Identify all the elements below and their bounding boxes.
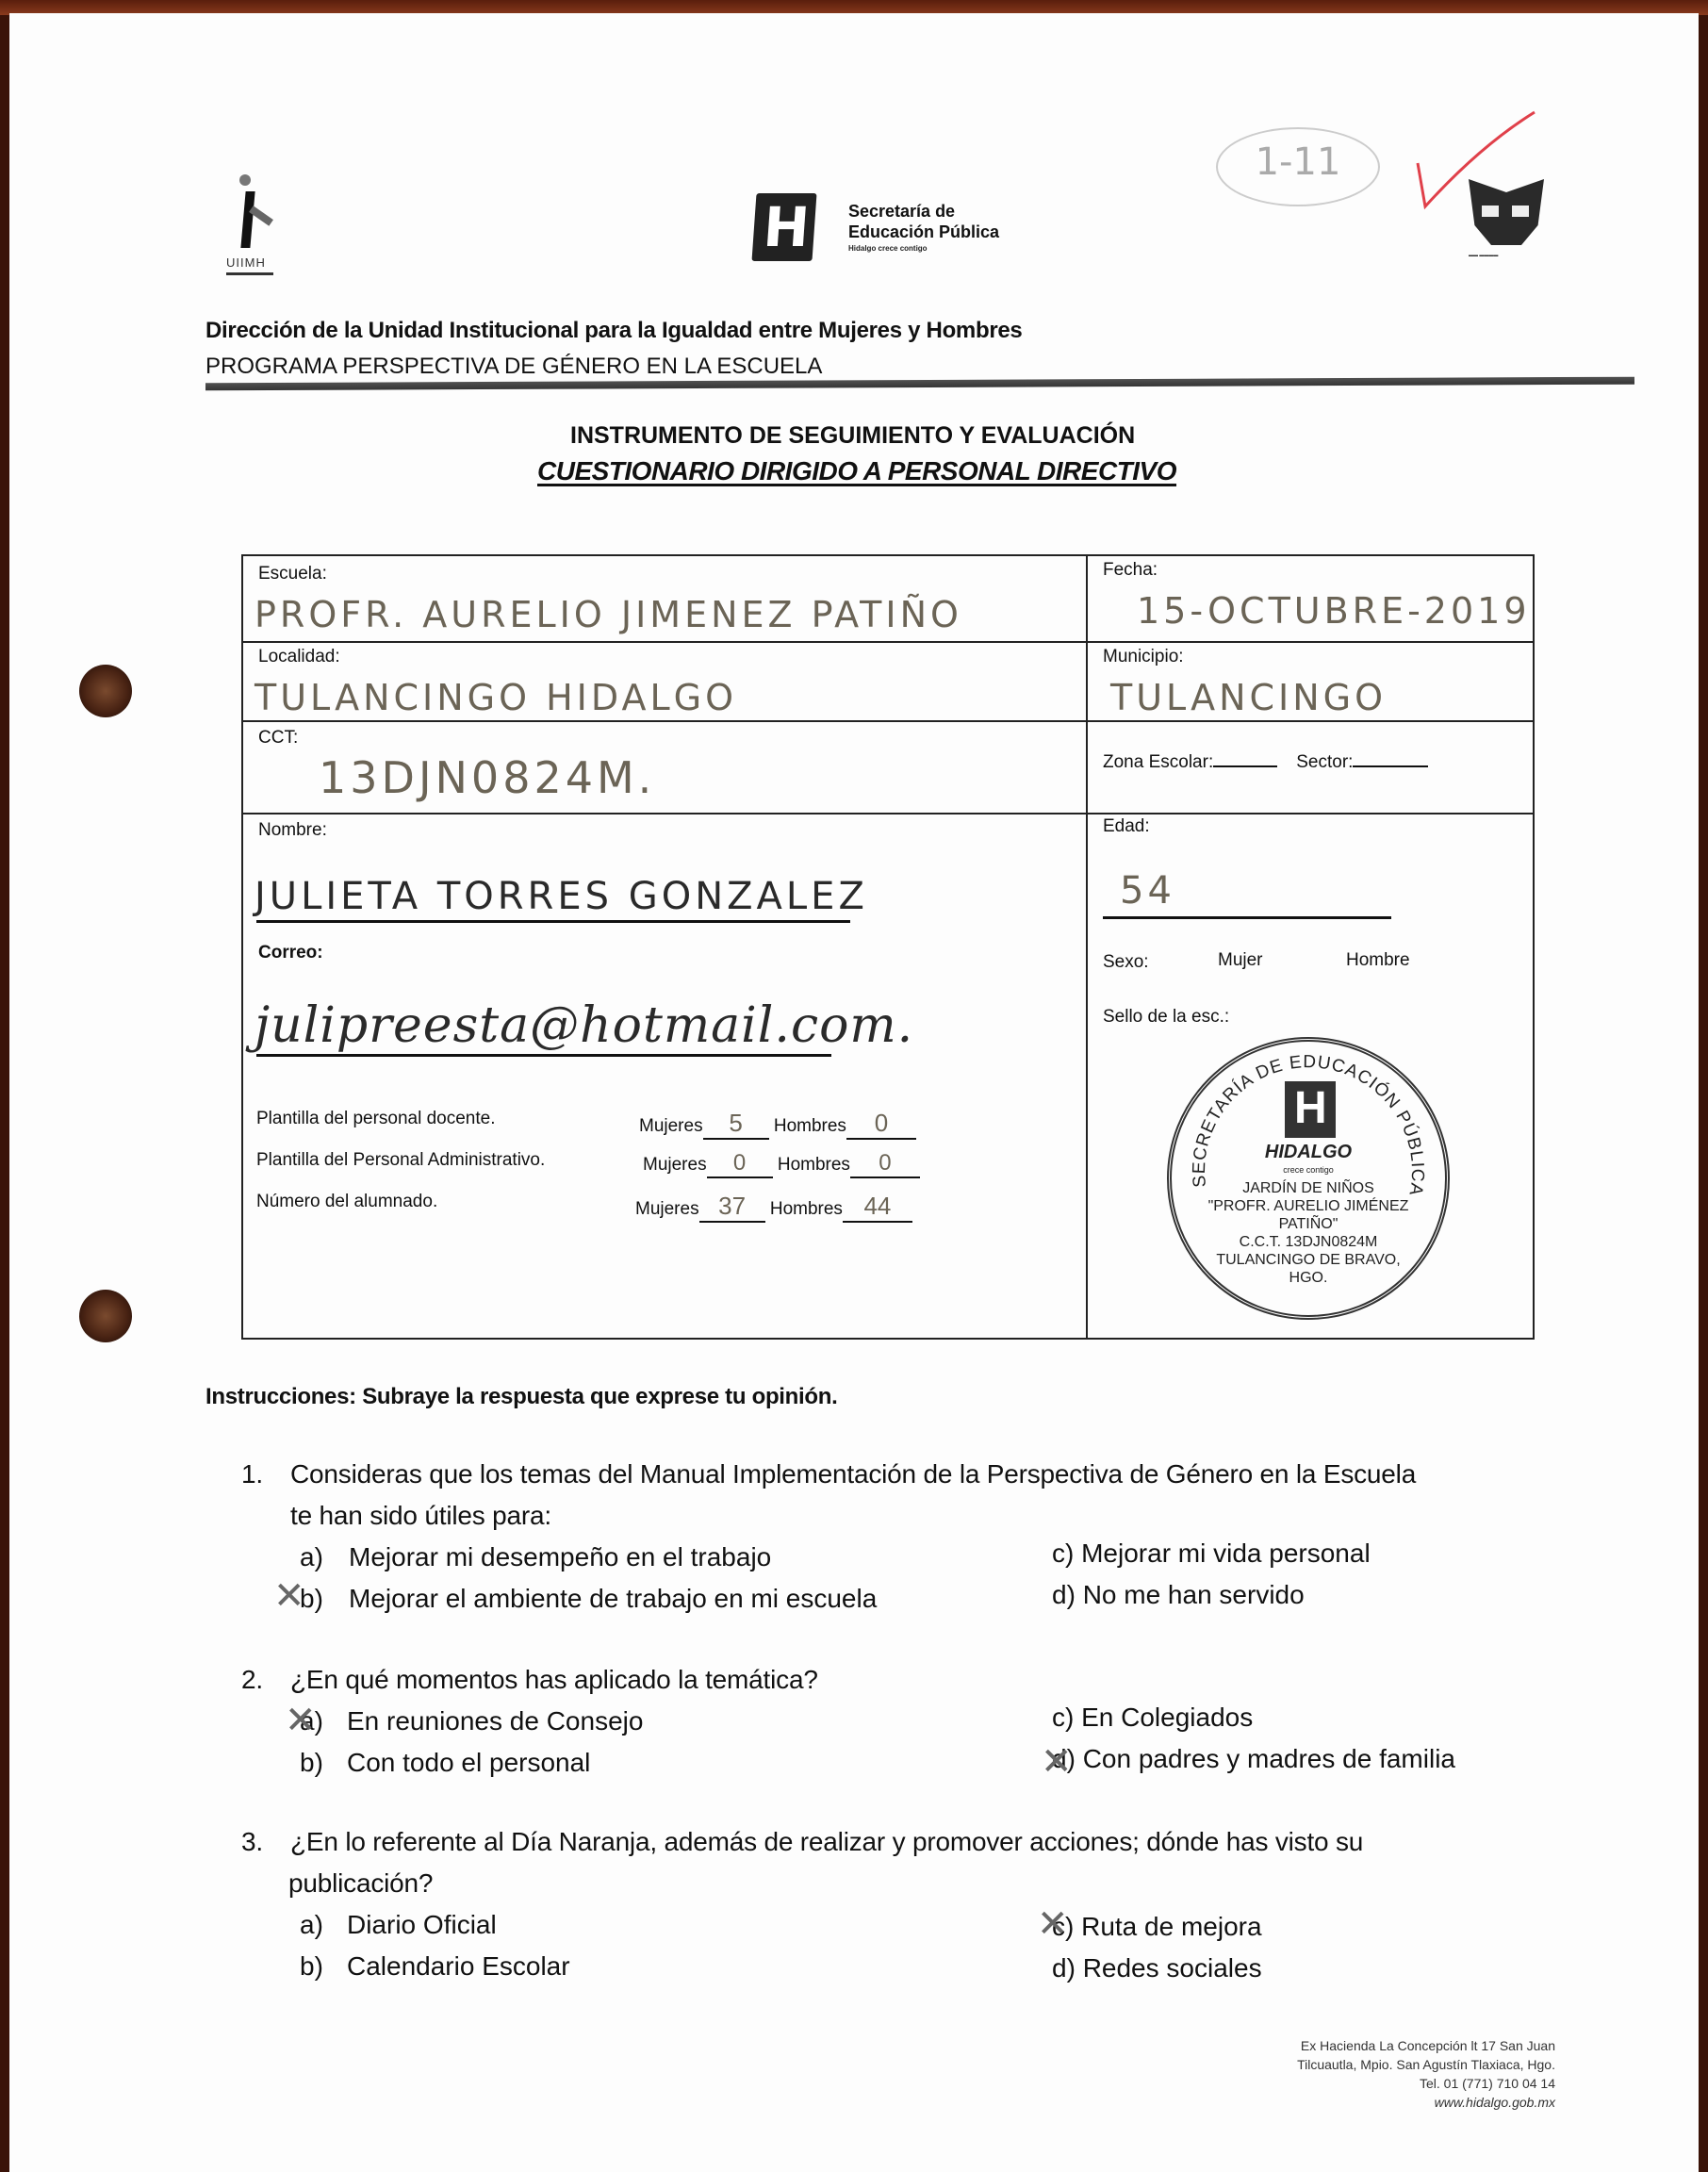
punch-hole [79, 665, 132, 717]
questionnaire-title: CUESTIONARIO DIRIGIDO A PERSONAL DIRECTI… [537, 456, 1176, 486]
q1-option-b[interactable]: b)Mejorar el ambiente de trabajo en mi e… [300, 1584, 877, 1614]
sep-tagline: Hidalgo crece contigo [848, 244, 928, 253]
instrument-title: INSTRUMENTO DE SEGUIMIENTO Y EVALUACIÓN [570, 422, 1135, 450]
sexo-label: Sexo: [1103, 952, 1149, 973]
stamp-tagline: crece contigo [1172, 1161, 1445, 1179]
question-2: 2.¿En qué momentos has aplicado la temát… [241, 1665, 818, 1695]
cross-mark-icon: ✕ [1041, 1740, 1073, 1784]
stamp-line3: PATIÑO" [1172, 1215, 1445, 1233]
alumnado-hombres-field[interactable]: 44 [843, 1192, 912, 1223]
question-3: 3.¿En lo referente al Día Naranja, ademá… [241, 1827, 1363, 1857]
q1-option-d[interactable]: d) No me han servido [1052, 1580, 1305, 1610]
uimh-ribbon-icon [239, 174, 251, 186]
hidalgo-h-icon: H [751, 193, 816, 261]
cross-mark-icon: ✕ [273, 1574, 305, 1618]
staff-docente-counts: Mujeres5 Hombres0 [639, 1109, 916, 1140]
escuela-field[interactable]: PROFR. AURELIO JIMENEZ PATIÑO [255, 594, 962, 635]
sep-line2: Educación Pública [848, 222, 999, 242]
staff-admin-label: Plantilla del Personal Administrativo. [256, 1150, 545, 1171]
question-1: 1.Consideras que los temas del Manual Im… [241, 1459, 1416, 1489]
nombre-label: Nombre: [258, 820, 327, 841]
stamp-hidalgo-icon: H [1285, 1081, 1336, 1138]
municipio-label: Municipio: [1103, 647, 1184, 667]
crest-logo: ▬▬ ▬▬▬▬ [1469, 179, 1546, 264]
stamp-line4: C.C.T. 13DJN0824M [1172, 1233, 1445, 1251]
q1-option-a[interactable]: a)Mejorar mi desempeño en el trabajo [300, 1542, 771, 1572]
edad-label: Edad: [1103, 816, 1150, 837]
correo-field[interactable]: julipreesta@hotmail.com. [255, 997, 913, 1054]
stamp-state: HIDALGO [1172, 1144, 1445, 1161]
alumnado-label: Número del alumnado. [256, 1192, 437, 1212]
question-3-line2: publicación? [288, 1868, 433, 1899]
q1-option-c[interactable]: c) Mejorar mi vida personal [1052, 1538, 1371, 1569]
localidad-label: Localidad: [258, 647, 340, 667]
footer-phone: Tel. 01 (771) 710 04 14 [1131, 2074, 1555, 2093]
pencil-page-annotation: 1-11 [1216, 127, 1380, 206]
escuela-label: Escuela: [258, 564, 327, 584]
uimh-label: UIIMH [226, 255, 266, 270]
q3-option-d[interactable]: d) Redes sociales [1052, 1953, 1262, 1983]
sello-label: Sello de la esc.: [1103, 1007, 1229, 1028]
stamp-line1: JARDÍN DE NIÑOS [1172, 1179, 1445, 1197]
cct-label: CCT: [258, 728, 298, 749]
zona-escolar-field[interactable] [1213, 765, 1277, 767]
admin-mujeres-field[interactable]: 0 [707, 1150, 773, 1178]
uimh-logo: UIIMH [226, 174, 283, 278]
alumnado-counts: Mujeres37 Hombres44 [635, 1192, 912, 1223]
correo-label: Correo: [258, 943, 323, 963]
q2-option-b[interactable]: b)Con todo el personal [300, 1748, 590, 1778]
docente-mujeres-field[interactable]: 5 [703, 1109, 769, 1140]
q2-option-c[interactable]: c) En Colegiados [1052, 1703, 1253, 1733]
sep-logo: H Secretaría de Educación Pública Hidalg… [754, 193, 1018, 269]
stamp-line5: TULANCINGO DE BRAVO, [1172, 1251, 1445, 1269]
instructions: Instrucciones: Subraye la respuesta que … [205, 1384, 838, 1410]
question-1-line2: te han sido útiles para: [290, 1501, 551, 1531]
program-title: PROGRAMA PERSPECTIVA DE GÉNERO EN LA ESC… [205, 354, 822, 380]
cct-field[interactable]: 13DJN0824M. [319, 752, 655, 803]
q3-option-a[interactable]: a)Diario Oficial [300, 1910, 497, 1940]
alumnado-mujeres-field[interactable]: 37 [699, 1192, 765, 1223]
staff-docente-label: Plantilla del personal docente. [256, 1109, 496, 1129]
direction-title: Dirección de la Unidad Institucional par… [205, 318, 1022, 344]
cross-mark-icon: ✕ [285, 1699, 317, 1742]
municipio-field[interactable]: TULANCINGO [1110, 677, 1387, 718]
footer-address: Ex Hacienda La Concepción lt 17 San Juan… [1131, 2036, 1555, 2112]
staff-admin-counts: Mujeres0 Hombres0 [643, 1150, 920, 1178]
sep-line1: Secretaría de [848, 201, 999, 222]
q3-option-c[interactable]: c) Ruta de mejora [1052, 1912, 1262, 1942]
admin-hombres-field[interactable]: 0 [850, 1150, 920, 1178]
footer-line1: Ex Hacienda La Concepción lt 17 San Juan [1131, 2036, 1555, 2055]
sector-label: Sector: [1296, 752, 1353, 772]
footer-line2: Tilcuautla, Mpio. San Agustín Tlaxiaca, … [1131, 2055, 1555, 2074]
punch-hole [79, 1290, 132, 1342]
footer-website[interactable]: www.hidalgo.gob.mx [1131, 2093, 1555, 2112]
nombre-field[interactable]: JULIETA TORRES GONZALEZ [255, 875, 868, 918]
cross-mark-icon: ✕ [1037, 1902, 1069, 1946]
q2-option-d[interactable]: d) Con padres y madres de familia [1052, 1744, 1455, 1774]
stamp-line6: HGO. [1172, 1269, 1445, 1287]
sexo-option-hombre[interactable]: Hombre [1346, 950, 1410, 971]
edad-field[interactable]: 54 [1120, 869, 1175, 913]
fecha-label: Fecha: [1103, 560, 1158, 581]
docente-hombres-field[interactable]: 0 [846, 1109, 916, 1140]
stamp-line2: "PROFR. AURELIO JIMÉNEZ [1172, 1197, 1445, 1215]
sector-field[interactable] [1353, 765, 1428, 767]
crest-icon [1469, 179, 1544, 245]
fecha-field[interactable]: 15-OCTUBRE-2019 [1137, 590, 1531, 632]
school-stamp: SECRETARÍA DE EDUCACIÓN PÚBLICA H HIDALG… [1167, 1037, 1450, 1320]
q3-option-b[interactable]: b)Calendario Escolar [300, 1951, 570, 1982]
localidad-field[interactable]: TULANCINGO HIDALGO [255, 677, 737, 718]
sexo-option-mujer[interactable]: Mujer [1218, 950, 1263, 971]
zona-escolar-label: Zona Escolar:Sector: [1103, 752, 1428, 773]
q2-option-a[interactable]: a)En reuniones de Consejo [300, 1706, 643, 1736]
